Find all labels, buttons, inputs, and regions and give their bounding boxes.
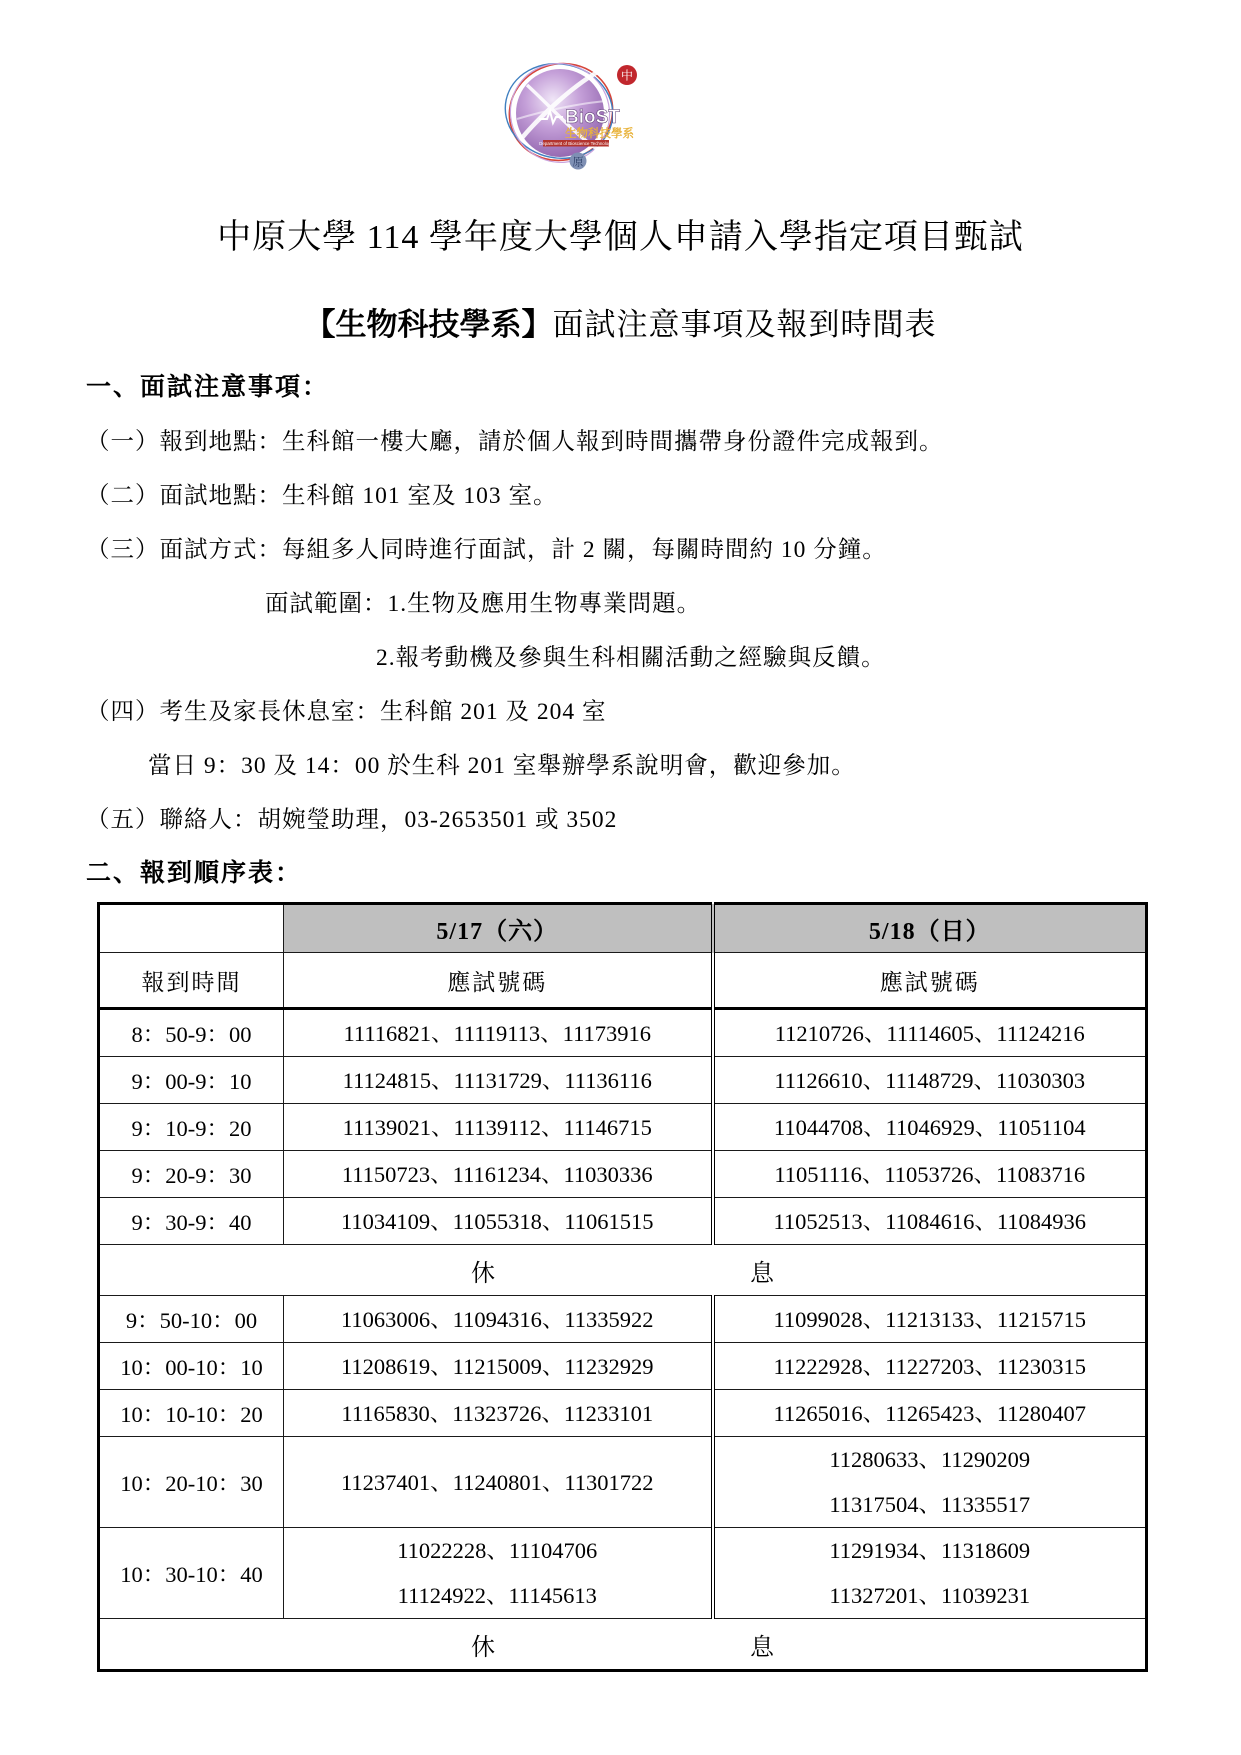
saturday-numbers-cell: 11237401、11240801、11301722	[284, 1437, 713, 1528]
checkin-time-cell: 9：00-9：10	[99, 1057, 284, 1104]
saturday-numbers-cell: 11208619、11215009、11232929	[284, 1343, 713, 1390]
time-column-header: 報到時間	[99, 953, 284, 1009]
notice-item-4-session: 當日 9：30 及 14：00 於生科 201 室舉辦學系說明會，歡迎參加。	[148, 736, 1241, 790]
saturday-numbers-cell: 11034109、11055318、11061515	[284, 1198, 713, 1245]
schedule-row: 9：10-9：2011139021、11139112、1114671511044…	[99, 1104, 1147, 1151]
corner-cell	[99, 904, 284, 953]
section1-heading: 一、面試注意事項：	[86, 358, 1241, 412]
sunday-header: 5/18（日）	[713, 904, 1147, 953]
checkin-time-cell: 10：20-10：30	[99, 1437, 284, 1528]
sunday-numbers-cell: 11222928、11227203、11230315	[713, 1343, 1147, 1390]
sub-header-row: 報到時間 應試號碼 應試號碼	[99, 953, 1147, 1009]
badge-top-char: 中	[620, 68, 632, 83]
schedule-row: 9：20-9：3011150723、11161234、1103033611051…	[99, 1151, 1147, 1198]
notice-item-3-scope: 面試範圍：1.生物及應用生物專業問題。	[265, 574, 1241, 628]
saturday-numbers-cell: 11150723、11161234、11030336	[284, 1151, 713, 1198]
schedule-row: 10：10-10：2011165830、11323726、11233101112…	[99, 1390, 1147, 1437]
logo-text-en: Department of Bioscience Technology	[539, 141, 613, 146]
checkin-time-cell: 10：30-10：40	[99, 1528, 284, 1619]
sunday-numbers-cell: 11280633、1129020911317504、11335517	[713, 1437, 1147, 1528]
schedule-row: 10：20-10：3011237401、11240801、11301722112…	[99, 1437, 1147, 1528]
biost-logo-graphic: BioST 生物科技學系 Department of Bioscience Te…	[481, 55, 651, 170]
department-logo: BioST 生物科技學系 Department of Bioscience Te…	[481, 55, 651, 170]
saturday-numbers-cell: 11022228、1110470611124922、11145613	[284, 1528, 713, 1619]
saturday-numbers-cell: 11116821、11119113、11173916	[284, 1009, 713, 1057]
sunday-numbers-cell: 11265016、11265423、11280407	[713, 1390, 1147, 1437]
checkin-time-cell: 9：10-9：20	[99, 1104, 284, 1151]
break-row: 休息	[99, 1619, 1147, 1671]
sunday-numbers-cell: 11099028、11213133、11215715	[713, 1296, 1147, 1343]
sunday-numbers-cell: 11126610、11148729、11030303	[713, 1057, 1147, 1104]
notice-item-4: （四）考生及家長休息室：生科館 201 及 204 室	[86, 682, 1241, 736]
subtitle-rest: 面試注意事項及報到時間表	[553, 307, 937, 342]
schedule-row: 9：30-9：4011034109、11055318、1106151511052…	[99, 1198, 1147, 1245]
sunday-numbers-cell: 11052513、11084616、11084936	[713, 1198, 1147, 1245]
saturday-header: 5/17（六）	[284, 904, 713, 953]
checkin-time-cell: 10：00-10：10	[99, 1343, 284, 1390]
date-header-row: 5/17（六） 5/18（日）	[99, 904, 1147, 953]
sun-number-column-header: 應試號碼	[713, 953, 1147, 1009]
schedule-row: 10：30-10：4011022228、1110470611124922、111…	[99, 1528, 1147, 1619]
document-subtitle: 【生物科技學系】面試注意事項及報到時間表	[0, 304, 1241, 346]
saturday-numbers-cell: 11139021、11139112、11146715	[284, 1104, 713, 1151]
sat-number-column-header: 應試號碼	[284, 953, 713, 1009]
checkin-time-cell: 8：50-9：00	[99, 1009, 284, 1057]
break-cell: 休息	[99, 1245, 1147, 1296]
notice-item-3: （三）面試方式：每組多人同時進行面試，計 2 關，每關時間約 10 分鐘。	[86, 520, 1241, 574]
document-title: 中原大學 114 學年度大學個人申請入學指定項目甄試	[0, 218, 1241, 258]
logo-text-sub: 生物科技學系	[565, 126, 634, 140]
notice-item-5: （五）聯絡人：胡婉瑩助理，03-2653501 或 3502	[86, 790, 1241, 844]
saturday-numbers-cell: 11063006、11094316、11335922	[284, 1296, 713, 1343]
notice-item-1: （一）報到地點：生科館一樓大廳，請於個人報到時間攜帶身份證件完成報到。	[86, 412, 1241, 466]
checkin-table-body: 8：50-9：0011116821、11119113、1117391611210…	[99, 1009, 1147, 1671]
schedule-row: 9：00-9：1011124815、11131729、1113611611126…	[99, 1057, 1147, 1104]
checkin-time-cell: 9：30-9：40	[99, 1198, 284, 1245]
schedule-row: 8：50-9：0011116821、11119113、1117391611210…	[99, 1009, 1147, 1057]
notice-item-3-scope-2: 2.報考動機及參與生科相關活動之經驗與反饋。	[376, 628, 1241, 682]
sunday-numbers-cell: 11291934、1131860911327201、11039231	[713, 1528, 1147, 1619]
sunday-numbers-cell: 11210726、11114605、11124216	[713, 1009, 1147, 1057]
badge-bottom-char: 原	[572, 156, 583, 169]
saturday-numbers-cell: 11165830、11323726、11233101	[284, 1390, 713, 1437]
break-row: 休息	[99, 1245, 1147, 1296]
section2-heading: 二、報到順序表：	[86, 844, 1241, 898]
schedule-row: 10：00-10：1011208619、11215009、11232929112…	[99, 1343, 1147, 1390]
department-name: 【生物科技學系】	[305, 307, 553, 342]
saturday-numbers-cell: 11124815、11131729、11136116	[284, 1057, 713, 1104]
checkin-time-cell: 9：50-10：00	[99, 1296, 284, 1343]
checkin-time-cell: 10：10-10：20	[99, 1390, 284, 1437]
break-cell: 休息	[99, 1619, 1147, 1671]
notice-item-2: （二）面試地點：生科館 101 室及 103 室。	[86, 466, 1241, 520]
logo-text-main: BioST	[565, 107, 620, 128]
sunday-numbers-cell: 11044708、11046929、11051104	[713, 1104, 1147, 1151]
checkin-schedule-table: 5/17（六） 5/18（日） 報到時間 應試號碼 應試號碼 8：50-9：00…	[97, 902, 1148, 1672]
checkin-time-cell: 9：20-9：30	[99, 1151, 284, 1198]
schedule-row: 9：50-10：0011063006、11094316、113359221109…	[99, 1296, 1147, 1343]
sunday-numbers-cell: 11051116、11053726、11083716	[713, 1151, 1147, 1198]
